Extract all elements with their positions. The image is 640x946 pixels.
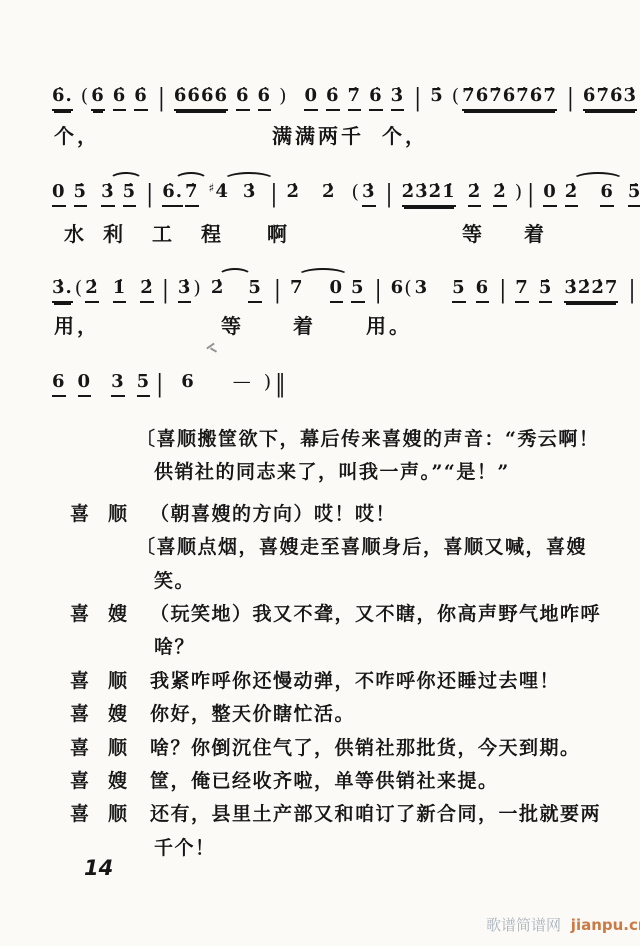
jianpu-note: 0 [543,182,557,207]
jianpu-note: 6̇ [326,86,340,111]
jianpu-note: 3̇ [101,182,115,207]
jianpu-note: 2̇ [468,182,482,207]
speaker-name: 喜 [70,666,91,693]
barline: | [270,180,277,208]
line-text: 千个！ [154,837,216,859]
line-text: 供销社的同志来了，叫我一声。”“是！” [154,461,510,483]
jianpu-note: 3̇ [243,182,257,203]
stage-direction: 〔喜顺点烟，喜嫂走至喜顺身后，喜顺又喊，喜嫂 [0,532,640,565]
jianpu-note: 5̇ [74,182,88,207]
speaker-name: 喜 [70,799,91,826]
jianpu-note: 6̇ [236,86,250,111]
jianpu-note: 2̇3̇2̇1̇ [402,182,456,207]
jianpu-note: 3̇ [362,182,376,207]
jianpu-note: 6 [600,182,614,207]
jianpu-note: 2̇ [211,278,225,299]
jianpu-note: 5 [248,278,262,303]
lyric-syllable: 满满两千 [272,120,364,149]
dialogue-line: 喜嫂筐，俺已经收齐啦，单等供销社来提。 [0,766,640,799]
barline: | [499,276,506,304]
jianpu-note: 7̇ [185,182,199,207]
dialogue-line: 喜顺啥？你倒沉住气了，供销社那批货，今天到期。 [0,733,640,766]
speaker-name: 喜 [70,699,91,726]
dialogue-line: 喜嫂你好，整天价瞎忙活。 [0,699,640,732]
lyric-syllable: 着 [293,310,316,339]
speaker-name: 嫂 [108,766,129,793]
jianpu-note: 5 [351,278,365,303]
dialogue-script-section: 〔喜顺搬筐欲下，幕后传来喜嫂的声音：“秀云啊！供销社的同志来了，叫我一声。”“是… [0,424,640,866]
dialogue-line: 喜顺（朝喜嫂的方向）哎！哎！ [0,499,640,532]
speaker-name: 喜 [70,766,91,793]
line-text: 〔喜顺搬筐欲下，幕后传来喜嫂的声音：“秀云啊！ [136,428,599,450]
line-text: 你好，整天价瞎忙活。 [150,703,355,725]
jianpu-note: 6 [476,278,490,303]
ink-smudge [205,342,219,354]
barline: | [414,84,421,112]
jianpu-note: 6 [181,372,195,393]
jianpu-note: 5 [452,278,466,303]
speaker-name: 喜 [70,733,91,760]
jianpu-note: 6̇ [91,86,105,111]
jianpu-note: 6̇ [258,86,272,111]
jianpu-note: 7 [290,278,304,299]
jianpu-note: 6̇7̇6̇3̇ [583,86,637,111]
line-text: 啥？ [154,636,195,658]
jianpu-note: 2̇ [322,182,336,203]
stage-direction: 〔喜顺搬筐欲下，幕后传来喜嫂的声音：“秀云啊！ [0,424,640,457]
barline: | [527,180,534,208]
lyric-syllable: 等 [221,310,244,339]
barline: | [567,84,574,112]
jianpu-note: 3̇. [52,278,73,303]
barline: | [375,276,382,304]
speaker-name: 顺 [108,499,129,526]
jianpu-note: 6 [52,372,66,397]
jianpu-note: 6̇ [113,86,127,111]
speaker-name: 嫂 [108,699,129,726]
jianpu-note: 0 [304,86,318,111]
lyric-syllable: 啊 [267,218,290,247]
jianpu-line-3: 3̇.(2̇1̇2̇|3̇)2̇5|705|6(356|75̇3̇2̇2̇7| [52,278,640,303]
jianpu-note: 2̇ [286,182,300,203]
continuation-line: 笑。 [0,566,640,599]
continuation-line: 供销社的同志来了，叫我一声。”“是！” [0,457,640,490]
dialogue-line: 喜顺我紧咋呼你还慢动弹，不咋呼你还睡过去哩！ [0,666,640,699]
barline: | [162,276,169,304]
jianpu-note: 6̇ [369,86,383,111]
jianpu-note: 6̇ [134,86,148,111]
jianpu-note: 4̇ [215,182,229,203]
lyric-syllable: 等 [462,218,485,247]
jianpu-note: ) [279,86,286,108]
jianpu-note: 5̇ [123,182,137,207]
jianpu-note: ) [193,278,200,300]
lyric-syllable: 用， [54,310,100,339]
speaker-name: 喜 [70,499,91,526]
jianpu-note: 0 [52,182,66,207]
line-text: （朝喜嫂的方向）哎！哎！ [150,503,396,525]
barline: | [156,370,163,398]
jianpu-note: ( [452,86,459,108]
jianpu-note: 3 [415,278,429,299]
jianpu-note: 5 [137,372,151,397]
speaker-name: 顺 [108,666,129,693]
jianpu-note: ( [352,182,359,204]
jianpu-note: — [233,372,252,393]
speaker-name: 嫂 [108,599,129,626]
jianpu-note: 2̇ [140,278,154,303]
lyric-syllable: 着 [524,218,547,247]
line-text: 还有，县里土产部又和咱订了新合同，一批就要两 [150,803,601,825]
jianpu-note: 2̇ [85,278,99,303]
continuation-line: 啥？ [0,632,640,665]
lyric-syllable: 水 [64,218,87,247]
jianpu-note: 3 [111,372,125,397]
jianpu-note: 3̇2̇2̇7 [564,278,618,303]
lyric-syllable: 利 [103,218,126,247]
line-text: 啥？你倒沉住气了，供销社那批货，今天到期。 [150,737,581,759]
jianpu-note: ) [264,372,271,394]
jianpu-note: 2̇ [493,182,507,207]
jianpu-note: 3̇ [391,86,405,111]
page-number: 14 [84,856,113,880]
line-text: 我紧咋呼你还慢动弹，不咋呼你还睡过去哩！ [150,670,560,692]
lyric-syllable: 用。 [366,310,412,339]
jianpu-note: 0 [78,372,92,397]
jianpu-note: 5̇ [628,182,640,207]
jianpu-line-4: 6035|6—)‖ [52,372,295,397]
watermark: 歌谱简谱网 jianpu.cn [486,914,640,935]
jianpu-note: 6 [391,278,405,299]
lyric-syllable: 个， [54,120,100,149]
barline: | [274,276,281,304]
jianpu-note: 0 [330,278,344,303]
lyric-syllable: 程 [201,218,224,247]
watermark-site-name: 歌谱简谱网 [486,916,561,934]
jianpu-note: 2̇ [565,182,579,207]
jianpu-note: 7̇ [348,86,362,111]
jianpu-note: 6̇. [162,182,183,207]
barline: | [628,276,635,304]
jianpu-note: 5̇ [430,86,444,107]
jianpu-note: 7 [515,278,529,303]
jianpu-note: 6̇. [52,86,73,111]
dialogue-line: 喜顺还有，县里土产部又和咱订了新合同，一批就要两 [0,799,640,832]
line-text: 笑。 [154,570,195,592]
jianpu-line-2: 05̇3̇5̇|6̇.7̇♯4̇3̇|2̇2̇(3̇|2̇3̇2̇1̇2̇2̇)… [52,182,640,207]
sharp-accidental: ♯ [209,182,216,196]
lyric-syllable: 工 [152,218,175,247]
jianpu-line-1: 6̇.(6̇6̇6̇|6̇6̇6̇6̇6̇6̇)06̇7̇6̇3̇|5̇(7̇6… [52,86,640,111]
jianpu-note: ( [404,278,411,300]
barline: | [386,180,393,208]
jianpu-note: ( [81,86,88,108]
watermark-site-url: jianpu.cn [571,916,640,934]
jianpu-note: 1̇ [113,278,127,303]
jianpu-note: 6̇6̇6̇6̇ [174,86,228,111]
line-text: （玩笑地）我又不聋，又不瞎，你高声野气地咋呼 [150,603,601,625]
dialogue-line: 喜嫂（玩笑地）我又不聋，又不瞎，你高声野气地咋呼 [0,599,640,632]
jianpu-note: ( [75,278,82,300]
jianpu-note: 5̇ [539,278,553,303]
jianpu-note: ) [515,182,522,204]
speaker-name: 喜 [70,599,91,626]
barline: | [146,180,153,208]
speaker-name: 顺 [108,799,129,826]
lyric-syllable: 个， [382,120,428,149]
line-text: 筐，俺已经收齐啦，单等供销社来提。 [150,770,499,792]
jianpu-note: 7̇6̇7̇6̇7̇6̇7̇ [462,86,557,111]
barline: | [158,84,165,112]
barline: ‖ [275,370,286,398]
scanned-score-page: 6̇.(6̇6̇6̇|6̇6̇6̇6̇6̇6̇)06̇7̇6̇3̇|5̇(7̇6… [0,0,640,946]
line-text: 〔喜顺点烟，喜嫂走至喜顺身后，喜顺又喊，喜嫂 [136,536,587,558]
jianpu-note: 3̇ [178,278,192,303]
speaker-name: 顺 [108,733,129,760]
